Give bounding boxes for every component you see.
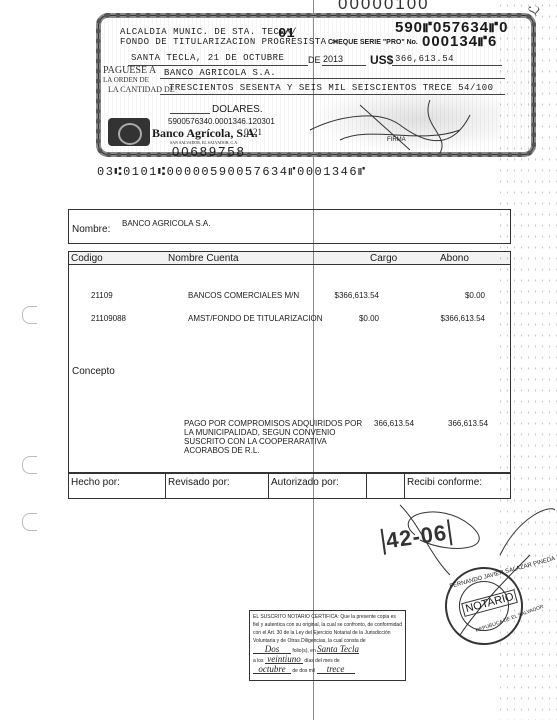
concepto-text: PAGO POR COMPROMISOS ADQUIRIDOS POR LA M… bbox=[184, 419, 364, 455]
row2-name: AMST/FONDO DE TITULARIZACION bbox=[188, 314, 323, 323]
year-label: DE bbox=[308, 55, 321, 65]
nombre-label: Nombre: bbox=[72, 224, 110, 235]
branch-code: 0121 bbox=[244, 127, 262, 137]
hecho-por-cell: Hecho por: bbox=[69, 474, 166, 498]
cert-hojas: Dos bbox=[253, 645, 291, 654]
header-codigo: Codigo bbox=[71, 253, 103, 264]
autorizado-por-cell: Autorizado por: bbox=[269, 474, 367, 498]
notary-certification-box: EL SUSCRITO NOTARIO CERTIFICA: Que la pr… bbox=[249, 610, 406, 681]
bank-name: Banco Agrícola, S.A. bbox=[152, 126, 258, 141]
row2-cargo: $0.00 bbox=[359, 314, 379, 323]
binder-hole-mark bbox=[22, 306, 37, 324]
payer-line-1: ALCALDIA MUNIC. DE STA. TECLA/ bbox=[120, 27, 297, 37]
cert-text: EL SUSCRITO NOTARIO CERTIFICA: Que la pr… bbox=[253, 614, 402, 644]
row1-name: BANCOS COMERCIALES M/N bbox=[188, 291, 299, 300]
currency-label: US$ bbox=[370, 53, 393, 67]
pay-to-label: PAGUESE A LA ORDEN DE bbox=[103, 66, 156, 85]
concepto-cargo: 366,613.54 bbox=[374, 419, 414, 428]
signature-label: FIRMA bbox=[387, 137, 406, 143]
header-abono: Abono bbox=[440, 253, 469, 264]
cert-day: veintiuno bbox=[265, 655, 303, 664]
row1-cargo: $366,613.54 bbox=[335, 291, 380, 300]
binder-hole-mark bbox=[22, 513, 37, 531]
payee-value: BANCO AGRICOLA S.A. bbox=[164, 68, 276, 78]
row2-abono: $366,613.54 bbox=[441, 314, 486, 323]
amount-words-value: TRESCIENTOS SESENTA Y SEIS MIL SEISCIENT… bbox=[169, 83, 494, 93]
binder-hole-mark bbox=[22, 456, 37, 474]
revisado-por-cell: Revisado por: bbox=[166, 474, 269, 498]
row1-abono: $0.00 bbox=[465, 291, 485, 300]
bank-logo-icon bbox=[108, 118, 150, 146]
cert-year: trece bbox=[317, 665, 355, 674]
pay-to-label-1: PAGUESE A bbox=[103, 65, 156, 76]
header-cargo: Cargo bbox=[370, 253, 397, 264]
dolares-underline bbox=[170, 103, 210, 114]
bank-number: 00689758 bbox=[172, 144, 246, 159]
cert-year-label: de dos mil bbox=[292, 668, 315, 674]
cert-month: octubre bbox=[253, 665, 291, 674]
concepto-label: Concepto bbox=[72, 366, 115, 377]
cheque-sequence: 01 bbox=[278, 26, 295, 42]
place-date: SANTA TECLA, 21 DE OCTUBRE bbox=[131, 53, 284, 63]
signature-area bbox=[300, 95, 500, 155]
nombre-value: BANCO AGRICOLA S.A. bbox=[122, 219, 210, 228]
pay-to-label-2: LA ORDEN DE bbox=[103, 76, 149, 84]
header-nombre-cuenta: Nombre Cuenta bbox=[168, 253, 239, 264]
signature-scribble-icon bbox=[300, 95, 500, 155]
row1-code: 21109 bbox=[91, 291, 113, 300]
concepto-abono: 366,613.54 bbox=[448, 419, 488, 428]
micr-line: 03⑆0101⑆00000590057634⑈0001346⑈ bbox=[97, 165, 367, 179]
top-cutoff-number: 00000100 bbox=[338, 0, 430, 14]
row2-code: 21109088 bbox=[91, 314, 126, 323]
bank-code-line: 5900576340.0001346.120301 bbox=[168, 117, 275, 126]
cert-city: Santa Tecla bbox=[317, 645, 359, 654]
dolares-label: DOLARES. bbox=[212, 104, 263, 115]
cheque-serie-number: 000134⑈6 bbox=[422, 33, 497, 50]
payer-line-2: FONDO DE TITULARIZACION PROGRESISTA ═ bbox=[120, 37, 338, 47]
cheque-serie-label: CHEQUE SERIE "PRO" No. bbox=[328, 39, 418, 46]
year-value: 2013 bbox=[323, 54, 343, 64]
amount-value: 366,613.54 bbox=[395, 54, 454, 64]
